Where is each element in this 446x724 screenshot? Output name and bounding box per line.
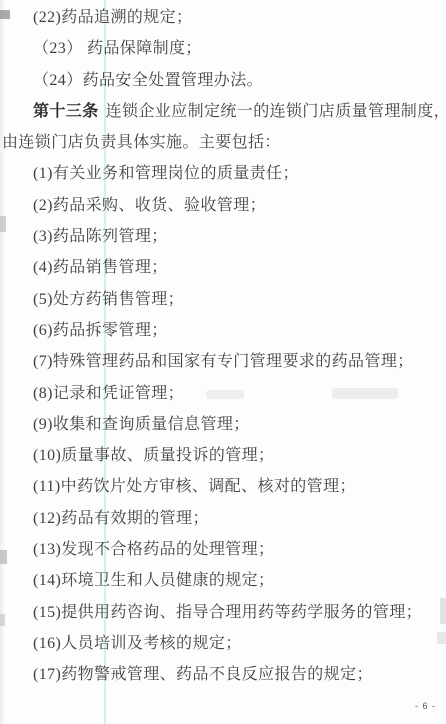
page-number: - 6 - — [415, 701, 436, 711]
list-item-15: (15)提供用药咨询、指导合理用药等药学服务的管理； — [0, 597, 446, 628]
document-body: (22)药品追溯的规定； （23） 药品保障制度； （24）药品安全处置管理办法… — [0, 2, 446, 691]
list-item-22: (22)药品追溯的规定； — [0, 2, 446, 33]
list-item-7: (7)特殊管理药品和国家有专门管理要求的药品管理； — [0, 346, 446, 377]
list-item-8: (8)记录和凭证管理； — [0, 378, 446, 409]
list-item-11: (11)中药饮片处方审核、调配、核对的管理； — [0, 471, 446, 502]
list-item-1: (1)有关业务和管理岗位的质量责任； — [0, 158, 446, 189]
list-item-10: (10)质量事故、质量投诉的管理； — [0, 440, 446, 471]
list-item-13: (13)发现不合格药品的处理管理； — [0, 534, 446, 565]
list-item-12: (12)药品有效期的管理； — [0, 503, 446, 534]
list-item-17: (17)药物警戒管理、药品不良反应报告的规定； — [0, 659, 446, 690]
list-item-16: (16)人员培训及考核的规定； — [0, 628, 446, 659]
article-13-intro-line1: 第十三条连锁企业应制定统一的连锁门店质量管理制度， — [0, 96, 446, 127]
article-13-intro-line2: 由连锁门店负责具体实施。主要包括： — [0, 127, 446, 158]
list-item-6: (6)药品拆零管理； — [0, 315, 446, 346]
scanned-document-page: (22)药品追溯的规定； （23） 药品保障制度； （24）药品安全处置管理办法… — [0, 0, 446, 724]
list-item-5: (5)处方药销售管理； — [0, 284, 446, 315]
list-item-24: （24）药品安全处置管理办法。 — [0, 65, 446, 96]
article-13-number: 第十三条 — [33, 103, 99, 120]
list-item-9: (9)收集和查询质量信息管理； — [0, 409, 446, 440]
list-item-23: （23） 药品保障制度； — [0, 33, 446, 64]
article-13-intro-text: 连锁企业应制定统一的连锁门店质量管理制度， — [106, 103, 446, 120]
list-item-3: (3)药品陈列管理； — [0, 221, 446, 252]
list-item-4: (4)药品销售管理； — [0, 252, 446, 283]
list-item-14: (14)环境卫生和人员健康的规定； — [0, 565, 446, 596]
list-item-2: (2)药品采购、收货、验收管理； — [0, 190, 446, 221]
